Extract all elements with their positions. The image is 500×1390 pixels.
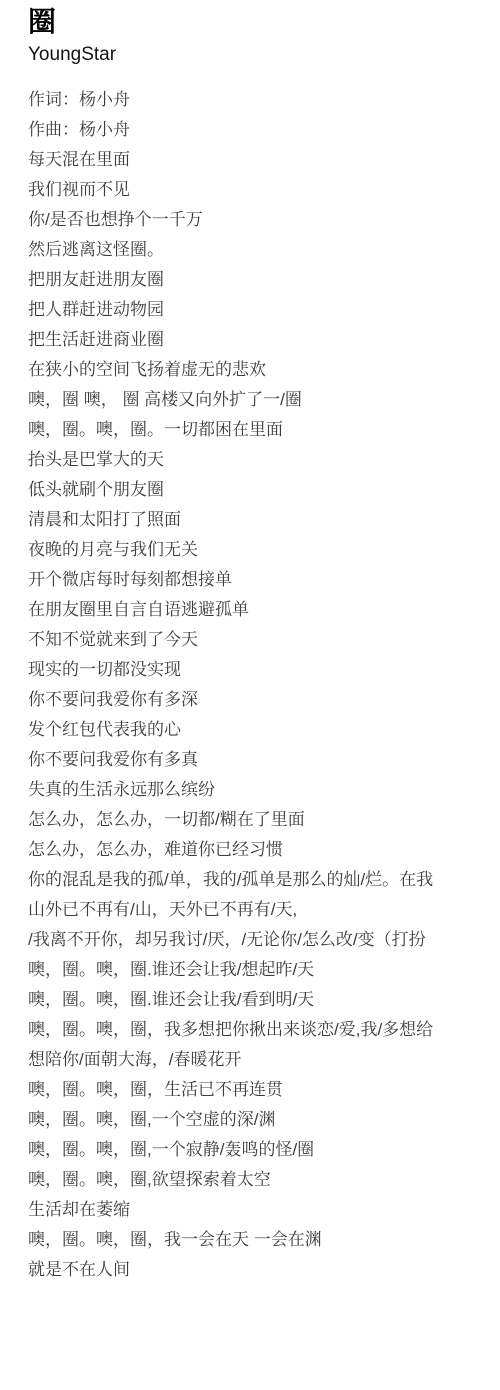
- song-title: 圈: [28, 5, 500, 39]
- lyric-line: 噢，圈。噢，圈,一个空虚的深/渊: [28, 1105, 500, 1135]
- lyric-line: 然后逃离这怪圈。: [28, 235, 500, 265]
- lyric-line: 生活却在萎缩: [28, 1195, 500, 1225]
- lyric-line: 就是不在人间: [28, 1255, 500, 1285]
- lyric-line: 想陪你/面朝大海，/春暖花开: [28, 1045, 500, 1075]
- lyric-line: 山外已不再有/山，天外已不再有/天,: [28, 895, 500, 925]
- lyric-line: 噢，圈。噢，圈.谁还会让我/想起昨/天: [28, 955, 500, 985]
- lyric-line: 噢，圈。噢，圈，生活已不再连贯: [28, 1075, 500, 1105]
- lyric-line: 夜晚的月亮与我们无关: [28, 535, 500, 565]
- lyric-line: 把朋友赶进朋友圈: [28, 265, 500, 295]
- lyric-line: 现实的一切都没实现: [28, 655, 500, 685]
- lyric-line: 失真的生活永远那么缤纷: [28, 775, 500, 805]
- lyric-line: 把人群赶进动物园: [28, 295, 500, 325]
- lyric-line: /我离不开你，却另我讨/厌，/无论你/怎么改/变（打扮: [28, 925, 500, 955]
- lyric-line: 怎么办，怎么办，难道你已经习惯: [28, 835, 500, 865]
- lyrics-page: 圈 YoungStar 作词：杨小舟作曲：杨小舟每天混在里面我们视而不见你/是否…: [0, 0, 500, 1285]
- lyric-line: 我们视而不见: [28, 175, 500, 205]
- lyric-line: 开个微店每时每刻都想接单: [28, 565, 500, 595]
- lyric-line: 清晨和太阳打了照面: [28, 505, 500, 535]
- lyric-line: 噢，圈。噢，圈,一个寂静/轰鸣的怪/圈: [28, 1135, 500, 1165]
- lyric-line: 作词：杨小舟: [28, 85, 500, 115]
- lyric-line: 噢，圈。噢，圈。一切都困在里面: [28, 415, 500, 445]
- lyric-line: 噢，圈 噢， 圈 高楼又向外扩了一/圈: [28, 385, 500, 415]
- lyric-line: 发个红包代表我的心: [28, 715, 500, 745]
- lyric-line: 每天混在里面: [28, 145, 500, 175]
- lyric-line: 噢，圈。噢，圈，我多想把你揪出来谈恋/爱,我/多想给: [28, 1015, 500, 1045]
- lyric-line: 你的混乱是我的孤/单，我的/孤单是那么的灿/烂。在我: [28, 865, 500, 895]
- lyric-line: 噢，圈。噢，圈.谁还会让我/看到明/天: [28, 985, 500, 1015]
- lyric-line: 在狭小的空间飞扬着虚无的悲欢: [28, 355, 500, 385]
- lyric-line: 抬头是巴掌大的天: [28, 445, 500, 475]
- lyric-line: 不知不觉就来到了今天: [28, 625, 500, 655]
- lyric-line: 你/是否也想挣个一千万: [28, 205, 500, 235]
- lyric-line: 噢，圈。噢，圈,欲望探索着太空: [28, 1165, 500, 1195]
- lyric-line: 把生活赶进商业圈: [28, 325, 500, 355]
- lyric-line: 噢，圈。噢，圈，我一会在天 一会在渊: [28, 1225, 500, 1255]
- lyric-line: 怎么办，怎么办，一切都/糊在了里面: [28, 805, 500, 835]
- lyric-line: 你不要问我爱你有多真: [28, 745, 500, 775]
- lyric-line: 在朋友圈里自言自语逃避孤单: [28, 595, 500, 625]
- lyrics-body: 作词：杨小舟作曲：杨小舟每天混在里面我们视而不见你/是否也想挣个一千万然后逃离这…: [28, 85, 500, 1285]
- lyric-line: 作曲：杨小舟: [28, 115, 500, 145]
- lyric-line: 低头就刷个朋友圈: [28, 475, 500, 505]
- lyric-line: 你不要问我爱你有多深: [28, 685, 500, 715]
- artist-name: YoungStar: [28, 42, 500, 68]
